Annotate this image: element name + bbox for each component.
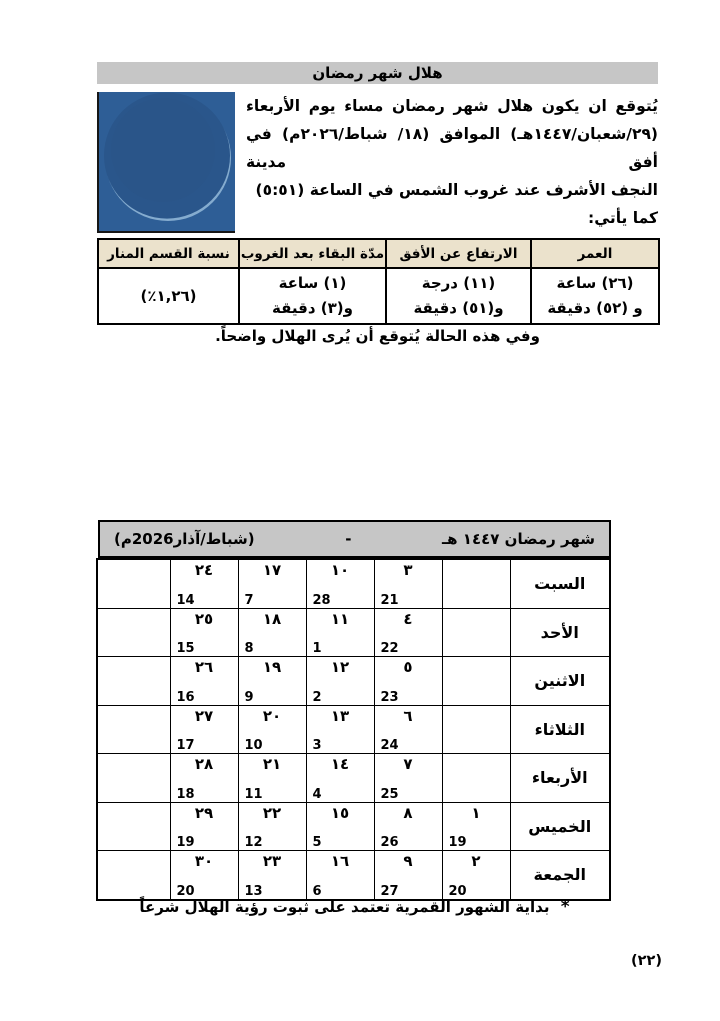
hijri-date: ١٣ [331,707,349,725]
calendar-date-cell: ٢٨18 [170,754,238,803]
value-altitude: (١١) درجة و(٥١) دقيقة [386,268,531,324]
gregorian-date: 5 [313,835,322,850]
hijri-date: ١٨ [263,610,281,628]
value-duration-line1: (١) ساعة [240,271,385,296]
gregorian-date: 21 [381,593,399,608]
hijri-date: ٢٦ [195,658,213,676]
calendar-date-cell: ٧25 [374,754,442,803]
intro-line-1: يُتوقع ان يكون هلال شهر رمضان مساء يوم ا… [246,92,658,120]
calendar-date-cell: ٢٧17 [170,705,238,754]
hijri-date: ٢٢ [263,804,281,822]
hijri-date: ٢٥ [195,610,213,628]
gregorian-date: 11 [245,787,263,802]
calendar-date-cell: ١٨8 [238,608,306,657]
crescent-table-header-row: العمر الارتفاع عن الأفق مدّة البقاء بعد … [98,239,659,268]
hijri-date: ٢٨ [195,755,213,773]
gregorian-date: 19 [449,835,467,850]
footnote-text: بداية الشهور القمرية تعتمد على ثبوت رؤية… [139,898,549,916]
gregorian-date: 25 [381,787,399,802]
calendar-empty-cell [442,705,510,754]
moon-image-graphic [99,92,235,231]
hijri-date: ٢٣ [263,852,281,870]
hijri-date: ١٥ [331,804,349,822]
calendar-title-gregorian: (شباط/آذار2026م) [114,530,255,548]
calendar-date-cell: ١٧7 [238,559,306,608]
gregorian-date: 12 [245,835,263,850]
crescent-table-value-row: (٢٦) ساعة و (٥٢) دقيقة (١١) درجة و(٥١) د… [98,268,659,324]
value-age-line2: و (٥٢) دقيقة [532,296,658,321]
gregorian-date: 16 [177,690,195,705]
calendar-week-row: الاثنين ٥23١٢2١٩9٢٦16 [97,657,610,706]
gregorian-date: 10 [245,738,263,753]
calendar-empty-cell [97,802,170,851]
calendar-day-name: الأربعاء [510,754,610,803]
hijri-date: ٢ [471,852,480,870]
hijri-date: ٧ [403,755,412,773]
value-age-line1: (٢٦) ساعة [532,271,658,296]
document-page: { "header": { "title": "هلال شهر رمضان" … [0,0,720,1021]
gregorian-date: 2 [313,690,322,705]
calendar-date-cell: ٢٤14 [170,559,238,608]
calendar-day-name: الخميس [510,802,610,851]
calendar-date-cell: ١٥5 [306,802,374,851]
intro-line-2: (٢٩/شعبان/١٤٤٧هـ) الموافق (١٨/ شباط/٢٠٢٦… [246,120,658,176]
gregorian-date: 7 [245,593,254,608]
calendar-date-cell: ٦24 [374,705,442,754]
hijri-date: ١٠ [331,561,349,579]
hijri-date: ١٩ [263,658,281,676]
hijri-date: ١٢ [331,658,349,676]
value-age: (٢٦) ساعة و (٥٢) دقيقة [531,268,659,324]
calendar-empty-cell [97,851,170,900]
crescent-moon-photo [97,92,235,233]
calendar-title-hijri: شهر رمضان ١٤٤٧ هـ [442,530,595,548]
hijri-date: ١ [471,804,480,822]
calendar-grid: السبت ٣21١٠28١٧7٢٤14 الأحد ٤22١١1١٨8٢٥15… [96,558,611,901]
calendar-footnote: * بداية الشهور القمرية تعتمد على ثبوت رؤ… [98,897,611,917]
calendar-empty-cell [97,657,170,706]
gregorian-date: 17 [177,738,195,753]
calendar-date-cell: ١19 [442,802,510,851]
hijri-date: ١٤ [331,755,349,773]
calendar-date-cell: ٢20 [442,851,510,900]
calendar-date-cell: ٢٣13 [238,851,306,900]
value-duration: (١) ساعة و(٣) دقيقة [239,268,386,324]
value-altitude-line1: (١١) درجة [387,271,530,296]
calendar-date-cell: ٢٩19 [170,802,238,851]
value-illumination-line1: (١,٢٦٪) [99,284,238,309]
calendar-week-row: السبت ٣21١٠28١٧7٢٤14 [97,559,610,608]
calendar-date-cell: ١٢2 [306,657,374,706]
calendar-date-cell: ١٦6 [306,851,374,900]
section-title: هلال شهر رمضان [312,64,442,82]
calendar-date-cell: ٢٦16 [170,657,238,706]
hijri-date: ١١ [331,610,349,628]
gregorian-date: 23 [381,690,399,705]
col-header-altitude: الارتفاع عن الأفق [386,239,531,268]
calendar-date-cell: ٣21 [374,559,442,608]
calendar-date-cell: ١٣3 [306,705,374,754]
footnote-asterisk-marker: * [555,897,570,917]
gregorian-date: 1 [313,641,322,656]
calendar-empty-cell [442,608,510,657]
gregorian-date: 8 [245,641,254,656]
gregorian-date: 15 [177,641,195,656]
gregorian-date: 9 [245,690,254,705]
calendar-date-cell: ٨26 [374,802,442,851]
hijri-date: ٢٤ [195,561,213,579]
hijri-date: ٨ [403,804,412,822]
calendar-date-cell: ١٩9 [238,657,306,706]
calendar-empty-cell [97,608,170,657]
hijri-date: ٦ [403,707,412,725]
calendar-empty-cell [97,559,170,608]
hijri-date: ٣ [403,561,412,579]
calendar-day-name: الثلاثاء [510,705,610,754]
calendar-date-cell: ٢٠10 [238,705,306,754]
value-illumination: (١,٢٦٪) [98,268,239,324]
hijri-date: ٤ [403,610,412,628]
calendar-week-row: الأحد ٤22١١1١٨8٢٥15 [97,608,610,657]
visibility-note: وفي هذه الحالة يُتوقع أن يُرى الهلال واض… [97,327,658,345]
calendar-date-cell: ٩27 [374,851,442,900]
calendar-week-row: الجمعة ٢20٩27١٦6٢٣13٣٠20 [97,851,610,900]
hijri-date: ٢١ [263,755,281,773]
page-number: (٢٢) [631,953,662,969]
calendar-day-name: الأحد [510,608,610,657]
calendar-date-cell: ١١1 [306,608,374,657]
hijri-date: ٢٧ [195,707,213,725]
calendar-date-cell: ٤22 [374,608,442,657]
hijri-date: ٥ [403,658,412,676]
value-altitude-line2: و(٥١) دقيقة [387,296,530,321]
calendar-date-cell: ١٠28 [306,559,374,608]
hijri-date: ٢٩ [195,804,213,822]
gregorian-date: 3 [313,738,322,753]
calendar-week-row: الثلاثاء ٦24١٣3٢٠10٢٧17 [97,705,610,754]
col-header-age: العمر [531,239,659,268]
gregorian-date: 24 [381,738,399,753]
gregorian-date: 4 [313,787,322,802]
calendar-empty-cell [97,754,170,803]
calendar-date-cell: ٥23 [374,657,442,706]
calendar-day-name: الاثنين [510,657,610,706]
calendar-date-cell: ٢٢12 [238,802,306,851]
hijri-date: ٢٠ [263,707,281,725]
col-header-duration: مدّة البقاء بعد الغروب [239,239,386,268]
intro-line-3: النجف الأشرف عند غروب الشمس في الساعة (٥… [246,176,658,232]
section-title-bar: هلال شهر رمضان [97,62,658,84]
intro-section: يُتوقع ان يكون هلال شهر رمضان مساء يوم ا… [97,90,658,235]
calendar-title-separator: - [345,530,351,548]
hijri-date: ٣٠ [195,852,213,870]
calendar-empty-cell [442,754,510,803]
gregorian-date: 18 [177,787,195,802]
value-duration-line2: و(٣) دقيقة [240,296,385,321]
calendar-date-cell: ٢٥15 [170,608,238,657]
calendar-week-row: الخميس ١19٨26١٥5٢٢12٢٩19 [97,802,610,851]
gregorian-date: 26 [381,835,399,850]
calendar-empty-cell [97,705,170,754]
gregorian-date: 22 [381,641,399,656]
gregorian-date: 14 [177,593,195,608]
hijri-date: ١٧ [263,561,281,579]
col-header-illumination: نسبة القسم المنار [98,239,239,268]
calendar-week-row: الأربعاء ٧25١٤4٢١11٢٨18 [97,754,610,803]
gregorian-date: 28 [313,593,331,608]
crescent-data-table: العمر الارتفاع عن الأفق مدّة البقاء بعد … [97,238,660,325]
hijri-date: ١٦ [331,852,349,870]
ramadan-calendar: شهر رمضان ١٤٤٧ هـ - (شباط/آذار2026م) الس… [98,520,611,901]
calendar-empty-cell [442,559,510,608]
calendar-day-name: الجمعة [510,851,610,900]
calendar-date-cell: ٣٠20 [170,851,238,900]
calendar-title-bar: شهر رمضان ١٤٤٧ هـ - (شباط/آذار2026م) [98,520,611,558]
calendar-date-cell: ٢١11 [238,754,306,803]
hijri-date: ٩ [403,852,412,870]
gregorian-date: 19 [177,835,195,850]
calendar-empty-cell [442,657,510,706]
calendar-day-name: السبت [510,559,610,608]
calendar-date-cell: ١٤4 [306,754,374,803]
